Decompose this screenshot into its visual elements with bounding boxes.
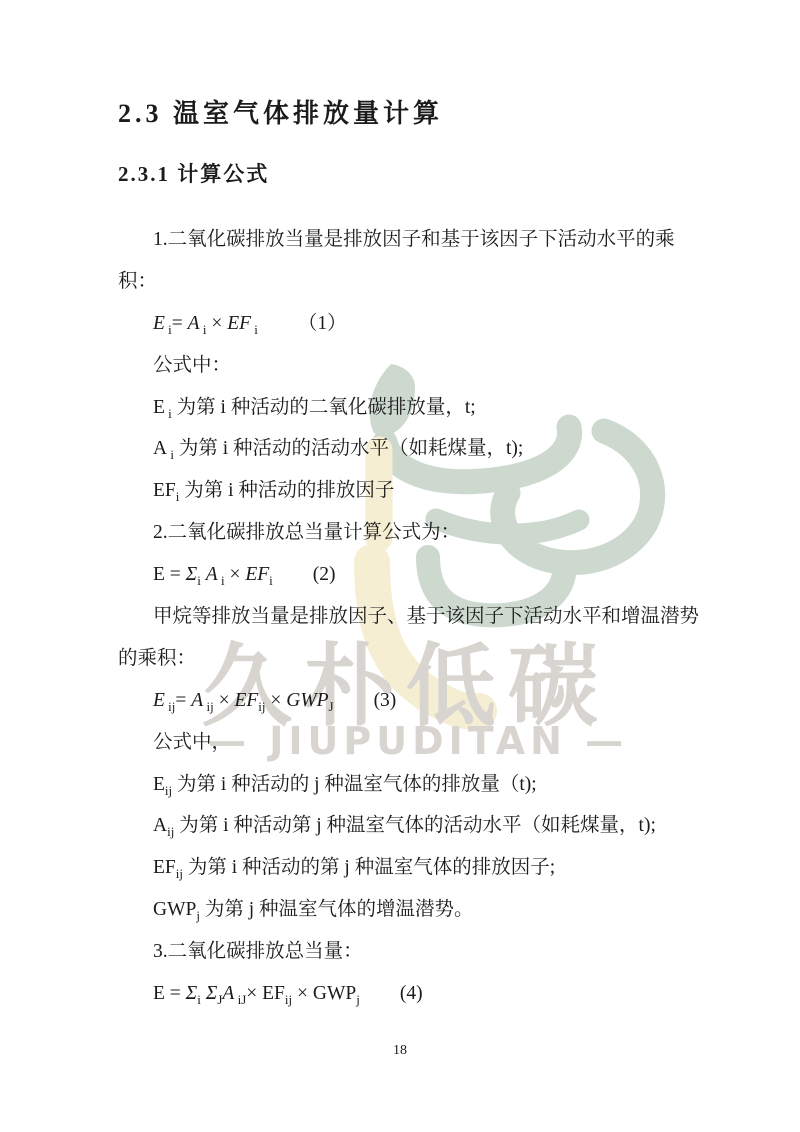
text-segment: 3.二氧化碳排放总当量： <box>153 941 363 962</box>
text-segment: i <box>218 573 225 588</box>
text-segment: A <box>206 564 218 585</box>
body-line: 甲烷等排放当量是排放因子、基于该因子下活动水平和增温潜势 <box>118 596 758 638</box>
page-number: 18 <box>0 1043 800 1059</box>
text-segment: A <box>222 983 234 1004</box>
text-segment: j <box>196 908 200 923</box>
text-segment: ij <box>285 992 292 1007</box>
text-segment: i <box>200 322 207 337</box>
text-segment: ij <box>167 824 174 839</box>
text-segment: × <box>225 564 246 585</box>
text-segment: EF <box>227 313 251 334</box>
text-segment: = <box>172 313 188 334</box>
text-segment: i <box>197 992 201 1007</box>
body-line: 3.二氧化碳排放总当量： <box>118 931 758 973</box>
text-segment: iJ <box>234 992 246 1007</box>
body-line: E = Σi A i × EFi(2) <box>118 554 758 596</box>
equation-number: (2) <box>313 564 336 585</box>
text-segment: 为第 i 种活动的二氧化碳排放量，t; <box>172 397 476 418</box>
text-segment: × <box>206 313 227 334</box>
text-segment: GWP <box>286 690 328 711</box>
text-segment: 1.二氧化碳排放当量是排放因子和基于该因子下活动水平的乘 <box>153 229 675 250</box>
text-segment: ij <box>176 866 183 881</box>
text-segment: = <box>175 690 191 711</box>
body-line: E = Σi ΣJA iJ× EFij × GWPj(4) <box>118 973 758 1015</box>
text-segment: × EF <box>246 983 285 1004</box>
text-segment: 为第 i 种活动的 j 种温室气体的排放量（t); <box>172 774 537 795</box>
text-segment: EF <box>153 857 176 878</box>
text-segment: 为第 j 种温室气体的增温潜势。 <box>200 899 474 920</box>
text-segment: ij <box>258 699 265 714</box>
text-segment: i <box>251 322 258 337</box>
text-segment: × GWP <box>292 983 356 1004</box>
body-line: EFi 为第 i 种活动的排放因子 <box>118 470 758 512</box>
text-segment: i <box>197 573 201 588</box>
document-page: 久朴低碳 — JIUPUDITAN — 2.3 温室气体排放量计算 2.3.1 … <box>0 0 800 1132</box>
text-segment: Σ <box>186 983 198 1004</box>
text-segment: EF <box>153 480 176 501</box>
body-line: E i 为第 i 种活动的二氧化碳排放量，t; <box>118 387 758 429</box>
text-segment: ij <box>165 699 175 714</box>
text-segment: 的乘积： <box>118 648 196 669</box>
text-segment: A <box>191 690 203 711</box>
body-line: GWPj 为第 j 种温室气体的增温潜势。 <box>118 889 758 931</box>
text-segment: E <box>153 690 165 711</box>
text-segment: ij <box>203 699 213 714</box>
text-segment: Σ <box>206 983 218 1004</box>
body-line: 的乘积： <box>118 638 758 680</box>
equation-number: （1） <box>298 313 347 334</box>
text-segment: A <box>153 438 167 459</box>
body-text: 1.二氧化碳排放当量是排放因子和基于该因子下活动水平的乘积：E i= A i ×… <box>118 219 758 1015</box>
text-segment: 为第 i 种活动的第 j 种温室气体的排放因子; <box>183 857 555 878</box>
text-segment: 为第 i 种活动第 j 种温室气体的活动水平（如耗煤量，t); <box>174 815 656 836</box>
text-segment: EF <box>245 564 269 585</box>
subsection-heading: 2.3.1 计算公式 <box>118 162 269 187</box>
text-segment: i <box>167 447 174 462</box>
text-segment: i <box>165 322 172 337</box>
text-segment: i <box>165 406 172 421</box>
text-segment: E <box>153 774 165 795</box>
body-line: 积： <box>118 261 758 303</box>
text-segment: GWP <box>153 899 196 920</box>
body-line: A i 为第 i 种活动的活动水平（如耗煤量，t); <box>118 428 758 470</box>
equation-number: (3) <box>374 690 397 711</box>
text-segment: J <box>217 992 222 1007</box>
body-line: 公式中： <box>118 345 758 387</box>
text-segment: E = <box>153 983 186 1004</box>
text-segment: Σ <box>186 564 198 585</box>
body-line: 2.二氧化碳排放总当量计算公式为： <box>118 512 758 554</box>
body-line: EFij 为第 i 种活动的第 j 种温室气体的排放因子; <box>118 847 758 889</box>
text-segment: i <box>176 489 180 504</box>
body-line: 公式中， <box>118 722 758 764</box>
body-line: Aij 为第 i 种活动第 j 种温室气体的活动水平（如耗煤量，t); <box>118 805 758 847</box>
body-line: 1.二氧化碳排放当量是排放因子和基于该因子下活动水平的乘 <box>118 219 758 261</box>
equation-number: (4) <box>400 983 423 1004</box>
text-segment: EF <box>234 690 258 711</box>
text-segment: 为第 i 种活动的活动水平（如耗煤量，t); <box>174 438 523 459</box>
text-segment: 甲烷等排放当量是排放因子、基于该因子下活动水平和增温潜势 <box>153 606 699 627</box>
text-segment: × <box>214 690 235 711</box>
text-segment: A <box>188 313 200 334</box>
text-segment: A <box>153 815 167 836</box>
text-segment: E <box>153 397 165 418</box>
body-line: E ij= A ij × EFij × GWPJ(3) <box>118 680 758 722</box>
body-line: E i= A i × EF i（1） <box>118 303 758 345</box>
text-segment: 积： <box>118 271 157 292</box>
text-segment: j <box>356 992 360 1007</box>
text-segment: 为第 i 种活动的排放因子 <box>179 480 394 501</box>
text-segment: ij <box>165 783 172 798</box>
text-segment: J <box>329 699 334 714</box>
section-heading: 2.3 温室气体排放量计算 <box>118 98 443 129</box>
text-segment: i <box>269 573 273 588</box>
text-segment: E <box>153 313 165 334</box>
text-segment: 2.二氧化碳排放总当量计算公式为： <box>153 522 460 543</box>
text-segment: 公式中： <box>153 355 231 376</box>
text-segment: × <box>266 690 287 711</box>
body-line: Eij 为第 i 种活动的 j 种温室气体的排放量（t); <box>118 764 758 806</box>
text-segment: 公式中， <box>153 732 231 753</box>
text-segment: E = <box>153 564 186 585</box>
